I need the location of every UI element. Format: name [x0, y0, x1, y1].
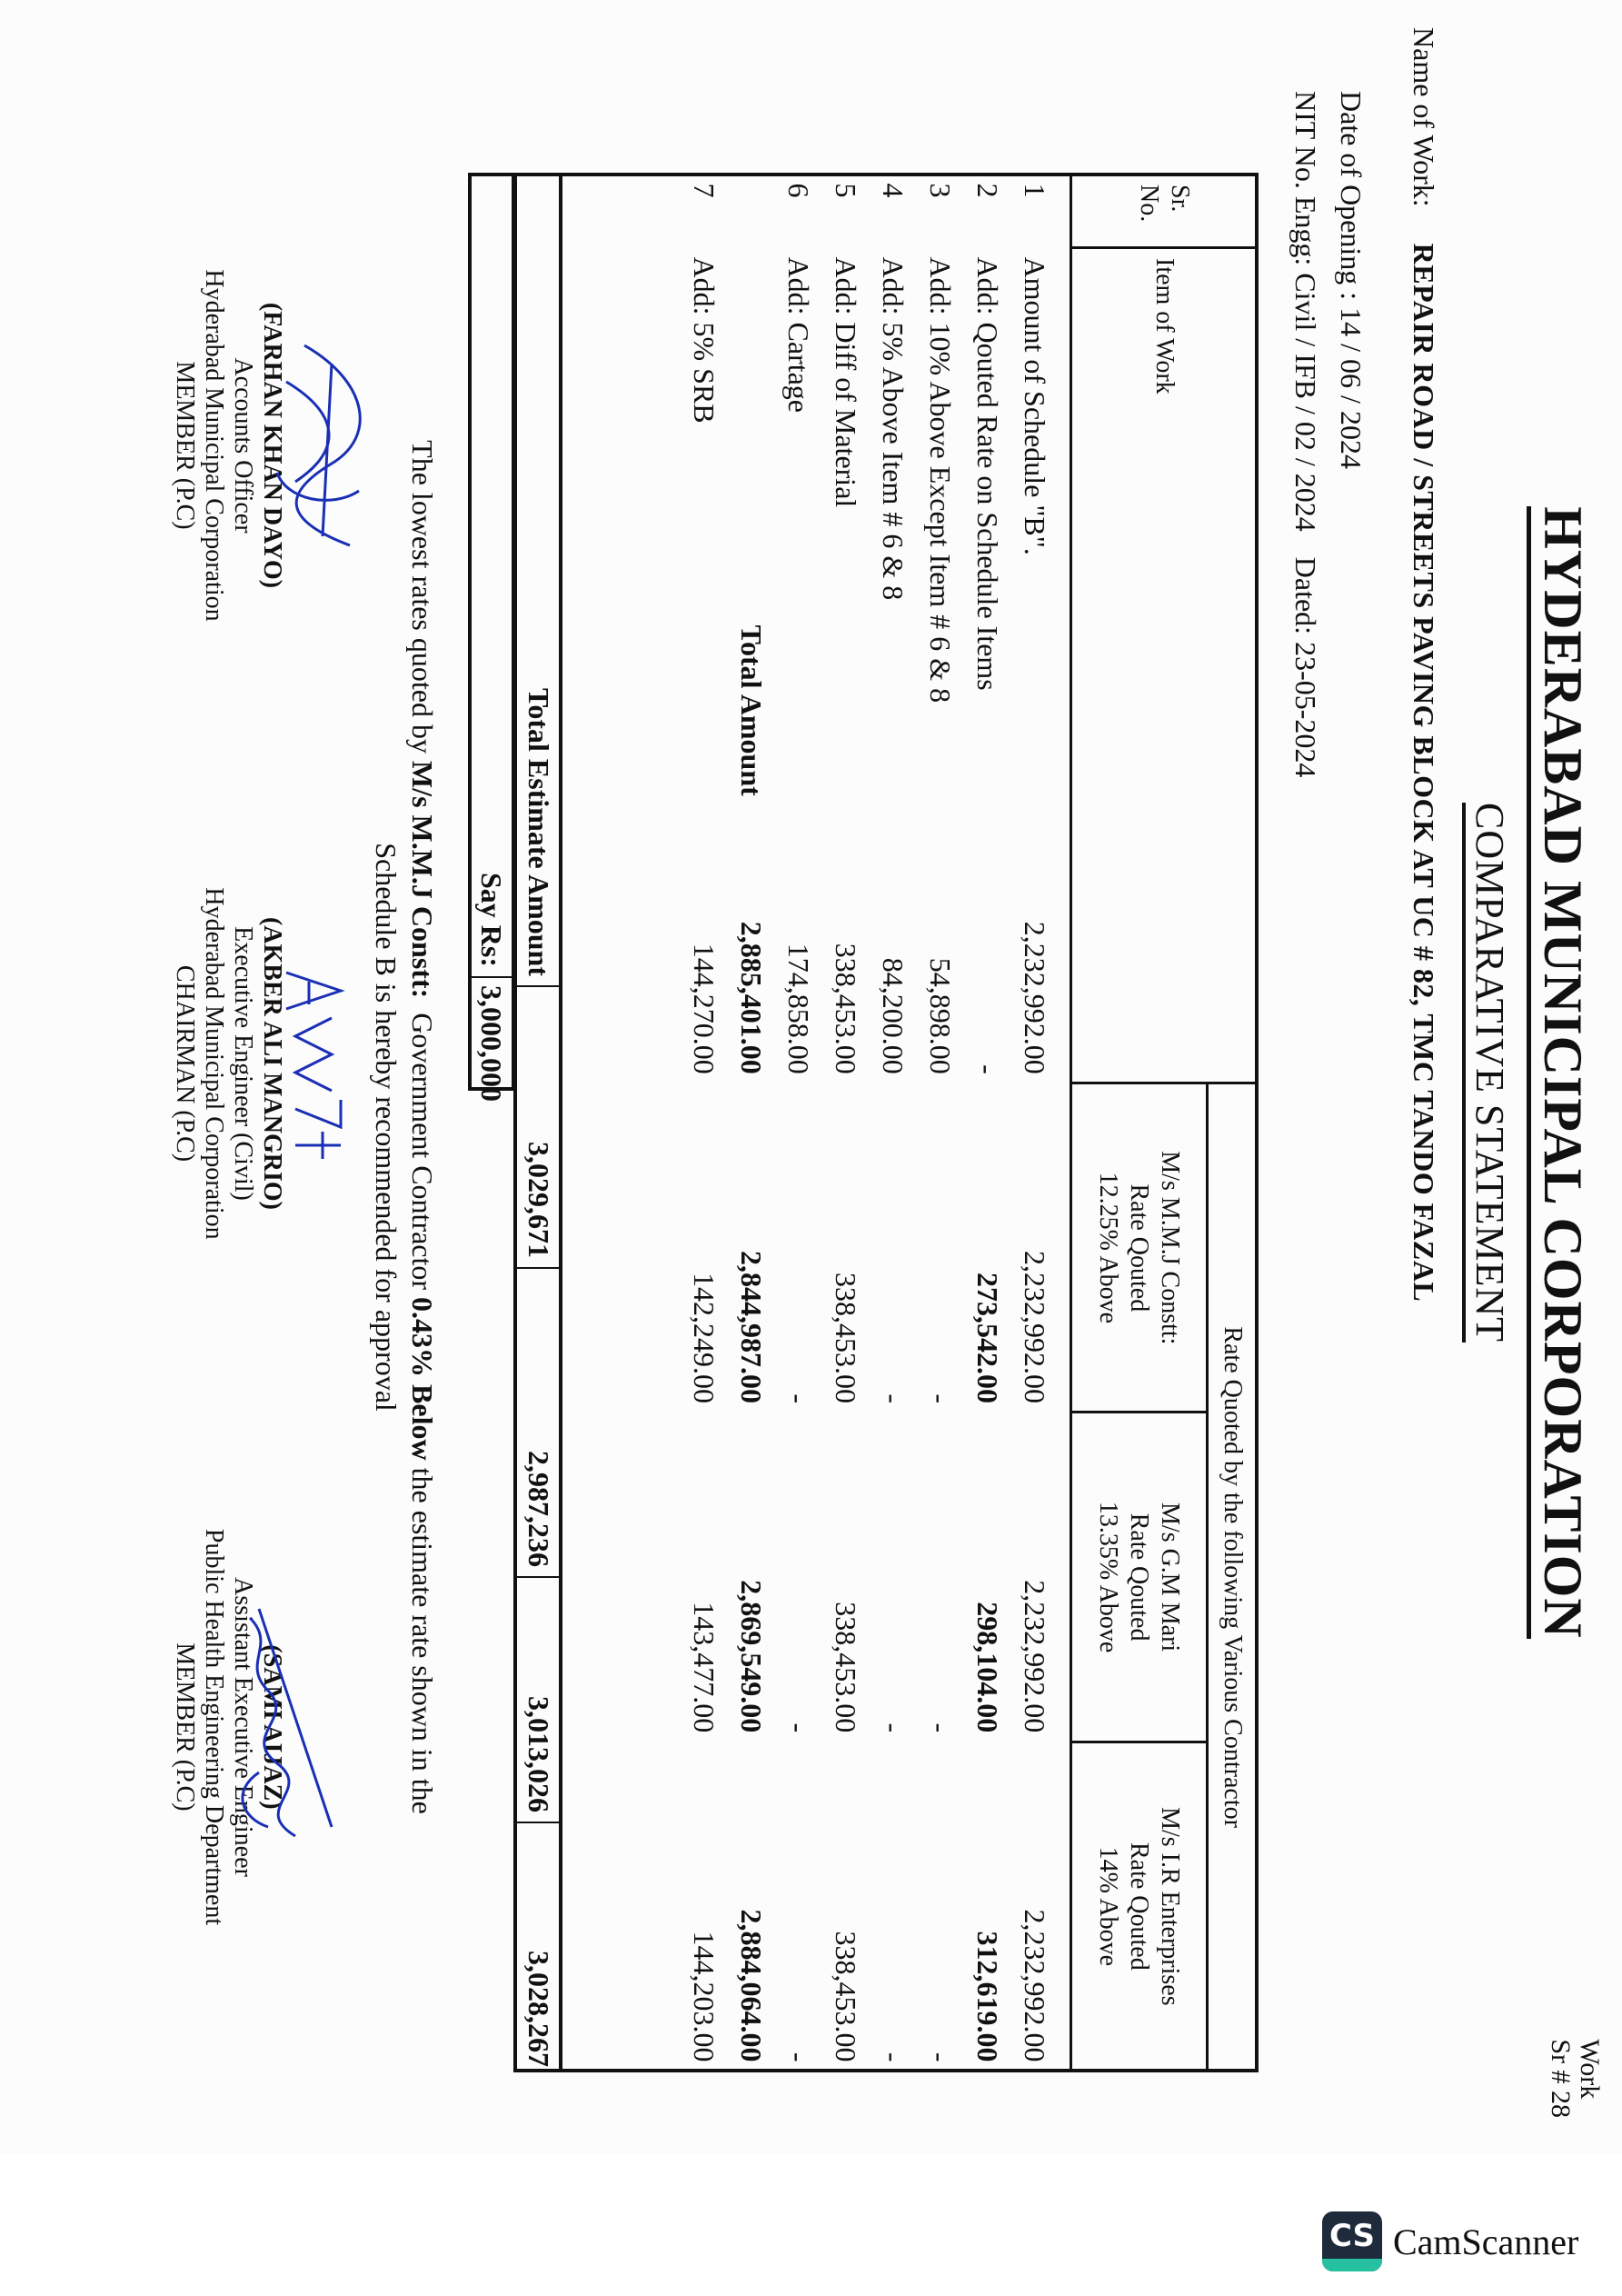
- header-contractor-2: M/s G.M MariRate Qouted13.35% Above: [1071, 1413, 1208, 1742]
- cell-item-of-work: Add: 10% Above Except Item # 6 & 8: [917, 248, 964, 805]
- name-of-work-value: REPAIR ROAD / STREETS PAVING BLOCK AT UC…: [1408, 244, 1440, 1303]
- cell-sr-no: 4: [870, 175, 917, 248]
- grand-total-row: Total Estimate Amount 3,029,671 2,987,23…: [513, 173, 559, 2072]
- cell-estimate: 84,200.00: [870, 805, 917, 1083]
- header-contractor-1: M/s M.M.J Constt:Rate Qouted12.25% Above: [1071, 1083, 1208, 1413]
- signatory-accounts-officer: (FARHAN KHAN DAYO) Accounts Officer Hyde…: [170, 191, 286, 700]
- cell-contractor-1: 338,453.00: [822, 1083, 870, 1413]
- cell-estimate: 174,858.00: [775, 805, 822, 1083]
- cell-contractor-2: 2,869,549.00: [728, 1413, 775, 1742]
- cell-contractor-1: 142,249.00: [668, 1083, 728, 1413]
- grand-total-ir-enterprises: 3,028,267: [522, 1822, 555, 2067]
- cell-contractor-3: 2,232,992.00: [1011, 1742, 1071, 2071]
- header-sr-no: Sr. No.: [1071, 175, 1258, 248]
- note-contractor: M/s M.M.J Constt:: [406, 761, 439, 998]
- statement-title: COMPARATIVE STATEMENT: [1462, 803, 1513, 1343]
- cell-sr-no: 1: [1011, 175, 1071, 248]
- cell-sr-no: 6: [775, 175, 822, 248]
- signatory-assistant-executive-engineer: (SAMI AIJAZ) Assistant Executive Enginee…: [170, 1445, 286, 2009]
- nit-number: NIT No. Engg: Civil / IFB / 02 / 2024 Da…: [1289, 91, 1322, 777]
- recommendation-line-1: The lowest rates quoted by M/s M.M.J Con…: [404, 354, 441, 1900]
- cell-contractor-1: -: [917, 1083, 964, 1413]
- cell-estimate: 2,232,992.00: [1011, 805, 1071, 1083]
- header-contractor-3: M/s I.R EnterprisesRate Qouted14% Above: [1071, 1742, 1208, 2071]
- signature-scribble-icon: [223, 1591, 350, 1863]
- cell-estimate: 2,885,401.00: [728, 805, 775, 1083]
- note-suffix: the estimate rate shown in the: [406, 1468, 439, 1814]
- organization-title: HYDERABAD MUNICIPAL CORPORATION: [1527, 506, 1595, 1638]
- grand-total-mmj: 2,987,236: [522, 1267, 555, 1567]
- name-of-work-label: Name of Work:: [1408, 27, 1440, 207]
- scanned-page: Work Sr # 28 HYDERABAD MUNICIPAL CORPORA…: [0, 0, 1622, 2154]
- signatory-2-designation: Executive Engineer (Civil): [228, 809, 257, 1318]
- header-item-of-work: Item of Work: [1071, 248, 1258, 1083]
- signature-scribble-icon: [268, 954, 359, 1173]
- cell-contractor-3: 312,619.00: [964, 1742, 1011, 2071]
- contractor-rate-label: Rate Qouted: [1124, 1423, 1155, 1731]
- cell-sr-no: 2: [964, 175, 1011, 248]
- signatory-2-role: CHAIRMAN (P.C): [170, 809, 199, 1318]
- comparative-table: Sr. No. Item of Work Rate Quoted by the …: [668, 173, 1259, 2072]
- signatory-1-designation: Accounts Officer: [228, 191, 257, 700]
- cell-estimate: 144,270.00: [668, 805, 728, 1083]
- table-row: 3Add: 10% Above Except Item # 6 & 854,89…: [917, 175, 964, 2071]
- signatory-1-role: MEMBER (P.C): [170, 191, 199, 700]
- cell-contractor-2: -: [775, 1413, 822, 1742]
- grand-total-estimate: 3,029,671: [522, 994, 555, 1258]
- cell-contractor-2: 2,232,992.00: [1011, 1413, 1071, 1742]
- date-of-opening: Date of Opening : 14 / 06 / 2024: [1334, 91, 1368, 469]
- document-page-rotated: Work Sr # 28 HYDERABAD MUNICIPAL CORPORA…: [23, 9, 1622, 2136]
- cell-contractor-2: 143,477.00: [668, 1413, 728, 1742]
- contractor-rate: 13.35% Above: [1093, 1423, 1124, 1731]
- cell-estimate: 338,453.00: [822, 805, 870, 1083]
- document-subtitle: COMPARATIVE STATEMENT: [1462, 9, 1513, 2136]
- cell-item-of-work: Total Amount: [728, 248, 775, 805]
- cell-item-of-work: Add: 5% SRB: [668, 248, 728, 805]
- recommendation-note: The lowest rates quoted by M/s M.M.J Con…: [368, 354, 441, 1900]
- cell-contractor-1: -: [775, 1083, 822, 1413]
- cell-contractor-3: 2,884,064.00: [728, 1742, 775, 2071]
- camscanner-watermark: CS CamScanner: [1322, 2211, 1578, 2271]
- signatory-executive-engineer: (AKBER ALI MANGRIO) Executive Engineer (…: [170, 809, 286, 1318]
- cell-sr-no: 7: [668, 175, 728, 248]
- cell-estimate: -: [964, 805, 1011, 1083]
- cell-contractor-1: 2,844,987.00: [728, 1083, 775, 1413]
- table-row: 2Add: Qouted Rate on Schedule Items-273,…: [964, 175, 1011, 2071]
- signatory-3-role: MEMBER (P.C): [170, 1445, 199, 2009]
- cell-contractor-3: 338,453.00: [822, 1742, 870, 2071]
- cell-sr-no: [728, 175, 775, 248]
- table-row: Total Amount2,885,401.002,844,987.002,86…: [728, 175, 775, 2071]
- contractor-rate: 14% Above: [1093, 1752, 1124, 2061]
- note-mid: Government Contractor: [406, 1013, 439, 1290]
- cell-contractor-3: -: [917, 1742, 964, 2071]
- contractor-rate-label: Rate Qouted: [1124, 1752, 1155, 2061]
- camscanner-logo-icon: CS: [1322, 2211, 1382, 2271]
- table-row: 1Amount of Schedule "B".2,232,992.002,23…: [1011, 175, 1071, 2071]
- cell-estimate: 54,898.00: [917, 805, 964, 1083]
- contractor-rate-label: Rate Qouted: [1124, 1093, 1155, 1402]
- table-row: 5Add: Diff of Material338,453.00338,453.…: [822, 175, 870, 2071]
- cell-item-of-work: Add: Diff of Material: [822, 248, 870, 805]
- signature-scribble-icon: [259, 327, 386, 564]
- header-rate-quoted-group: Rate Quoted by the following Various Con…: [1208, 1083, 1258, 2071]
- grand-total-label: Total Estimate Amount: [522, 567, 555, 976]
- cell-item-of-work: Add: 5% Above Item # 6 & 8: [870, 248, 917, 805]
- date-of-opening-label: Date of Opening :: [1335, 91, 1368, 300]
- note-prefix: The lowest rates quoted by: [406, 440, 439, 754]
- camscanner-brand-text: CamScanner: [1393, 2221, 1578, 2263]
- table-row: 6Add: Cartage174,858.00---: [775, 175, 822, 2071]
- cell-item-of-work: Add: Qouted Rate on Schedule Items: [964, 248, 1011, 805]
- document-title: HYDERABAD MUNICIPAL CORPORATION: [1527, 9, 1595, 2136]
- date-of-opening-value: 14 / 06 / 2024: [1335, 307, 1368, 469]
- cell-contractor-3: -: [870, 1742, 917, 2071]
- signatory-2-org: Hyderabad Municipal Corporation: [199, 809, 228, 1318]
- cell-contractor-2: -: [870, 1413, 917, 1742]
- cell-contractor-3: -: [775, 1742, 822, 2071]
- note-percent: 0.43% Below: [406, 1297, 439, 1461]
- nit-label: NIT No. Engg: Civil / IFB / 02 / 2024: [1289, 91, 1322, 532]
- contractor-name: M/s G.M Mari: [1155, 1423, 1186, 1731]
- cell-contractor-1: 2,232,992.00: [1011, 1083, 1071, 1413]
- cell-contractor-2: -: [917, 1413, 964, 1742]
- table-row: 4Add: 5% Above Item # 6 & 884,200.00---: [870, 175, 917, 2071]
- table-row: 7Add: 5% SRB144,270.00142,249.00143,477.…: [668, 175, 728, 2071]
- cell-contractor-1: -: [870, 1083, 917, 1413]
- say-rs-row: Say Rs: 3,000,000: [468, 173, 513, 1091]
- grand-total-gm-mari: 3,013,026: [522, 1576, 555, 1812]
- cell-contractor-1: 273,542.00: [964, 1083, 1011, 1413]
- cell-item-of-work: Add: Cartage: [775, 248, 822, 805]
- cell-contractor-2: 298,104.00: [964, 1413, 1011, 1742]
- cell-item-of-work: Amount of Schedule "B".: [1011, 248, 1071, 805]
- contractor-name: M/s M.M.J Constt:: [1155, 1093, 1186, 1402]
- say-rs-value: 3,000,000: [474, 985, 508, 1085]
- camscanner-badge-text: CS: [1329, 2218, 1375, 2254]
- recommendation-line-2: Schedule B is hereby recommended for app…: [368, 354, 404, 1900]
- contractor-rate: 12.25% Above: [1093, 1093, 1124, 1402]
- name-of-work: Name of Work:REPAIR ROAD / STREETS PAVIN…: [1407, 27, 1440, 1302]
- say-rs-label: Say Rs:: [474, 840, 508, 967]
- cell-sr-no: 5: [822, 175, 870, 248]
- contractor-name: M/s I.R Enterprises: [1155, 1752, 1186, 2061]
- cell-contractor-2: 338,453.00: [822, 1413, 870, 1742]
- cell-contractor-3: 144,203.00: [668, 1742, 728, 2071]
- nit-dated-value: 23-05-2024: [1289, 642, 1322, 777]
- nit-dated-label: Dated:: [1289, 557, 1322, 634]
- cell-sr-no: 3: [917, 175, 964, 248]
- signatory-1-org: Hyderabad Municipal Corporation: [199, 191, 228, 700]
